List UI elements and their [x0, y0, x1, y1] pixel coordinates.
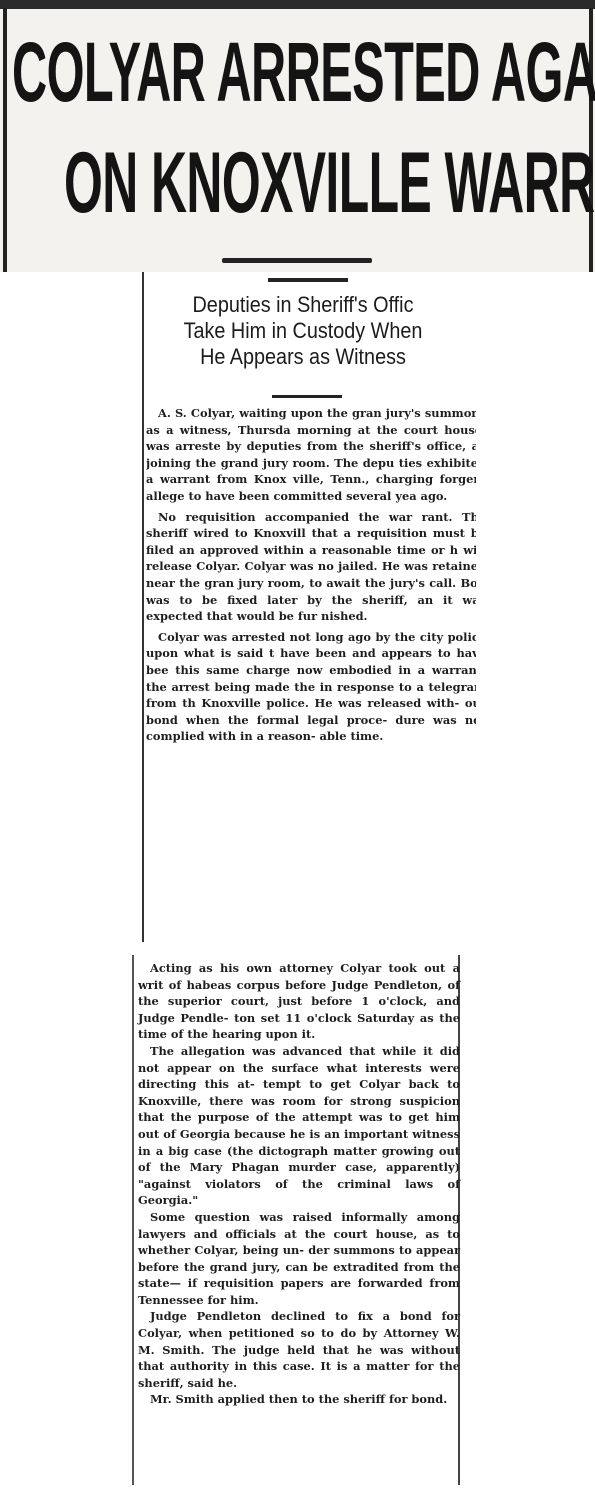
top-rule — [0, 0, 595, 9]
paragraph: The allegation was advanced that while i… — [138, 1043, 460, 1209]
headline-line-2: ON KNOXVILLE WARRANT — [64, 140, 595, 226]
paragraph: Mr. Smith applied then to the sheriff fo… — [138, 1391, 460, 1408]
paragraph: No requisition accompanied the war rant.… — [146, 509, 476, 625]
column-rule — [142, 272, 144, 942]
headline-banner: COLYAR ARRESTED AGAIN ON KNOXVILLE WARRA… — [0, 0, 595, 272]
headline-divider — [222, 258, 372, 263]
paragraph: A. S. Colyar, waiting upon the gran jury… — [146, 405, 476, 505]
column-rule-lower — [132, 955, 134, 1485]
left-rule — [3, 8, 7, 272]
subhead-line-3: He Appears as Witness — [164, 344, 443, 370]
paragraph: Colyar was arrested not long ago by the … — [146, 629, 476, 745]
subheadline: Deputies in Sheriff's Offic Take Him in … — [164, 292, 443, 370]
headline-line-1: COLYAR ARRESTED AGAIN — [12, 30, 595, 114]
subhead-divider-top — [268, 278, 348, 282]
article-body-lower: Acting as his own attorney Colyar took o… — [138, 960, 460, 1408]
subhead-line-1: Deputies in Sheriff's Offic — [164, 292, 443, 318]
subhead-divider-bottom — [272, 395, 342, 398]
paragraph: Judge Pendleton declined to fix a bond f… — [138, 1308, 460, 1391]
subhead-line-2: Take Him in Custody When — [164, 318, 443, 344]
article-body-upper: A. S. Colyar, waiting upon the gran jury… — [146, 405, 476, 745]
paragraph: Some question was raised informally amon… — [138, 1209, 460, 1309]
paragraph: Acting as his own attorney Colyar took o… — [138, 960, 460, 1043]
